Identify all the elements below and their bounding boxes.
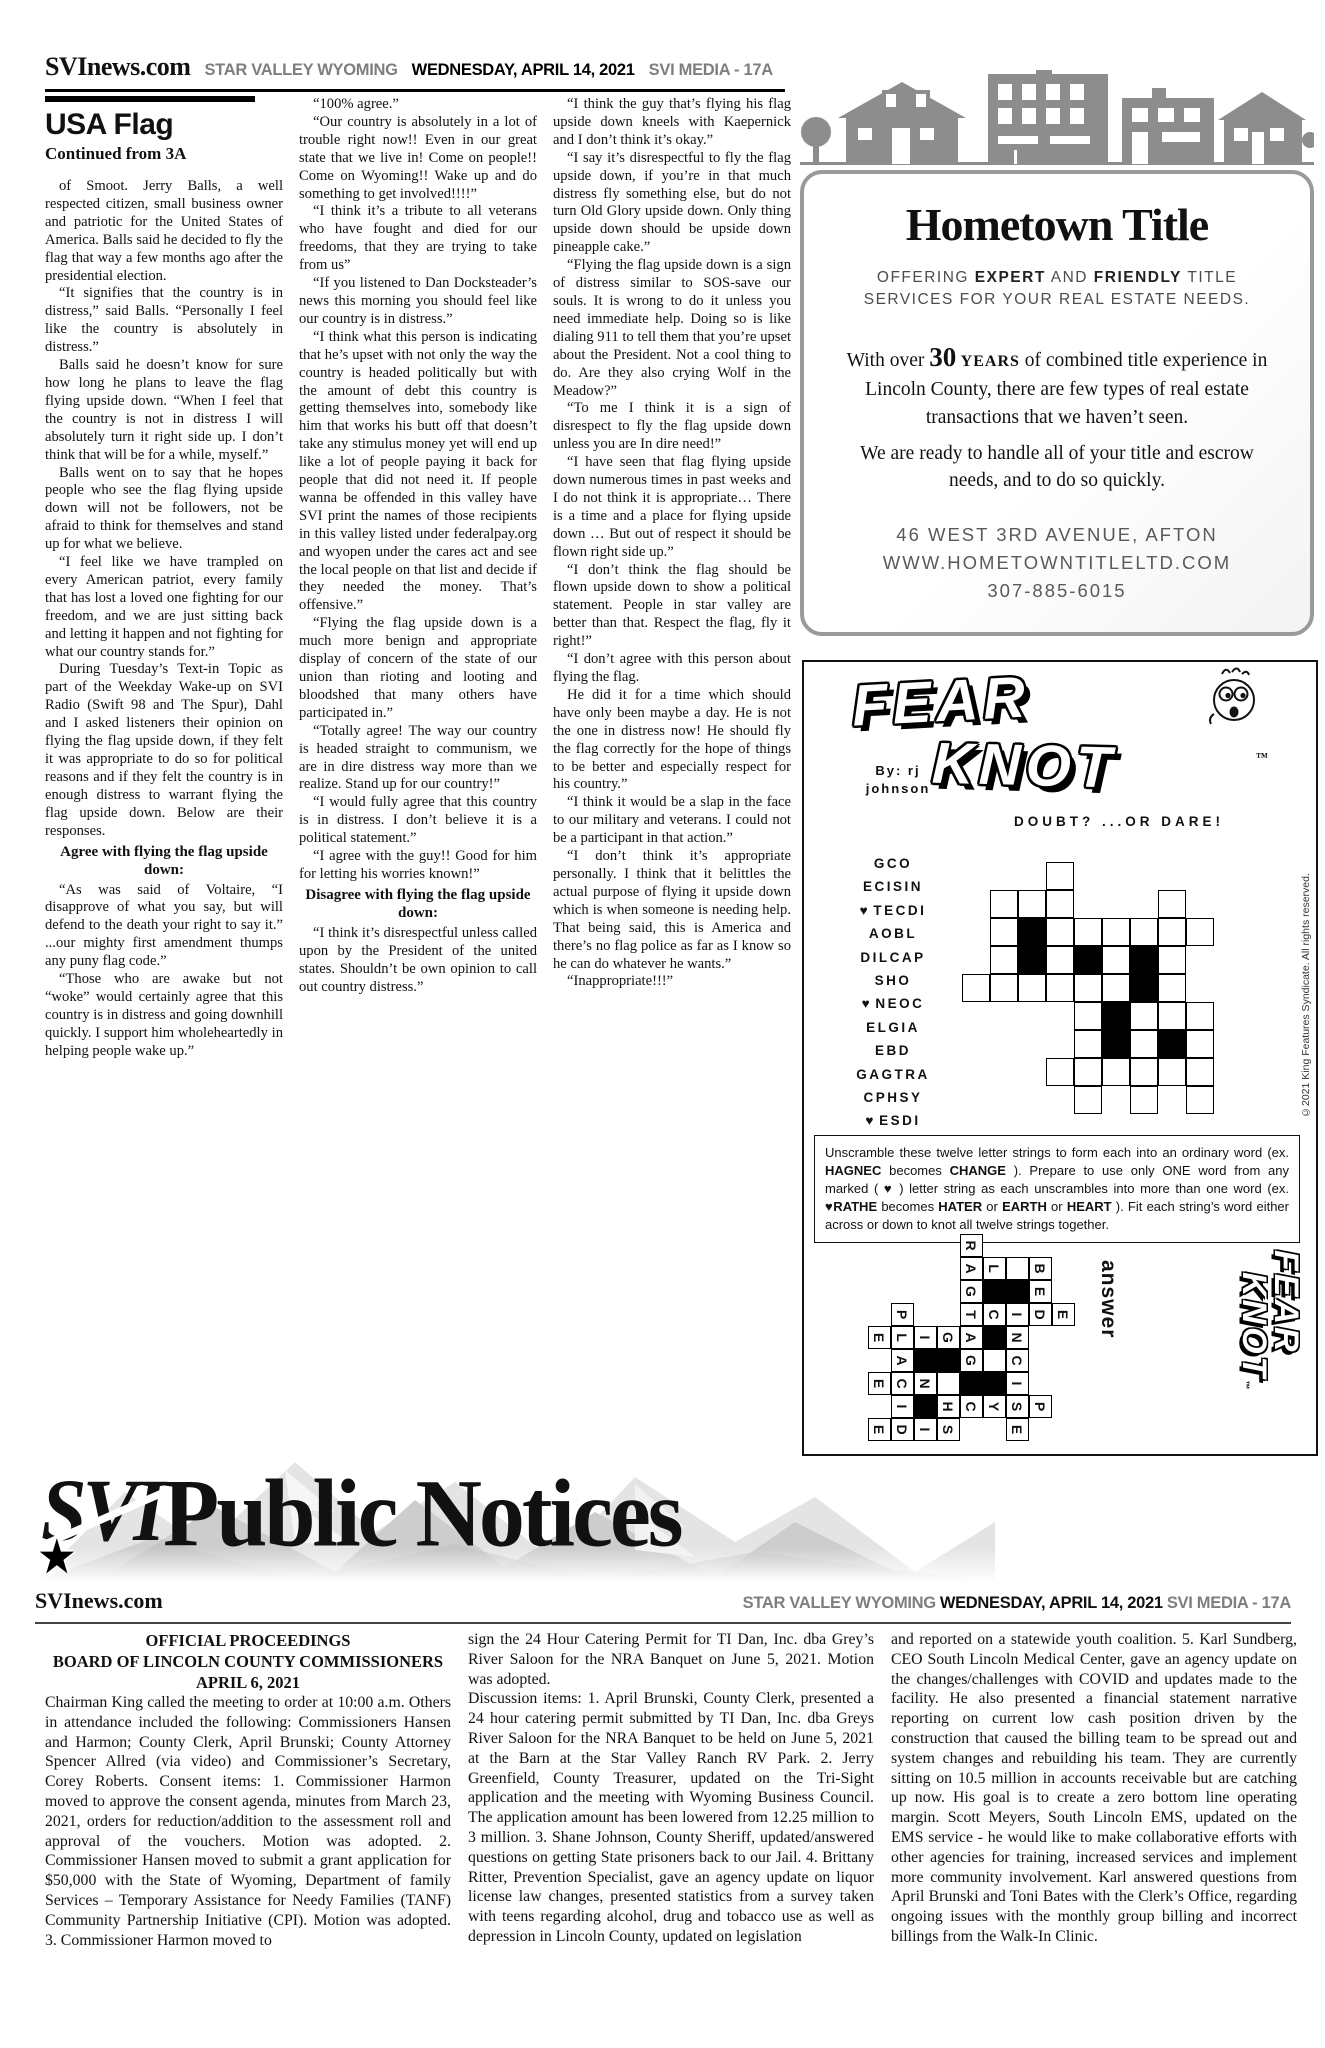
- site-logo-bottom: SVInews.com: [35, 1588, 163, 1614]
- grid-cell: [937, 1303, 960, 1326]
- ad-box: Hometown Title OFFERING EXPERT AND FRIEN…: [800, 170, 1314, 636]
- grid-cell: [1102, 1058, 1130, 1086]
- grid-cell: [1158, 946, 1186, 974]
- article-column-1-text: of Smoot. Jerry Balls, a well respected …: [45, 178, 283, 1061]
- grid-cell: [891, 1257, 914, 1280]
- grid-cell: [1186, 974, 1214, 1002]
- grid-cell: [891, 1280, 914, 1303]
- paragraph: “It signifies that the country is in dis…: [45, 285, 283, 357]
- ad-phone: 307-885-6015: [822, 577, 1292, 605]
- grid-cell: [1018, 1002, 1046, 1030]
- grid-cell: [1102, 1002, 1130, 1030]
- grid-cell: [1130, 918, 1158, 946]
- puzzle-tagline: DOUBT? ...OR DARE!: [1014, 814, 1224, 829]
- grid-cell: Y: [983, 1395, 1006, 1418]
- paragraph: sign the 24 Hour Catering Permit for TI …: [468, 1630, 874, 1689]
- fear-knot-logo-fear: FEAR: [850, 663, 1031, 739]
- scrambled-word: GAGTRA: [830, 1063, 956, 1086]
- paragraph: “Our country is absolutely in a lot of t…: [299, 114, 537, 204]
- grid-cell: [937, 1257, 960, 1280]
- paragraph: “As was said of Voltaire, “I disapprove …: [45, 882, 283, 972]
- grid-cell: S: [937, 1418, 960, 1441]
- grid-cell: [1052, 1280, 1075, 1303]
- grid-cell: [1052, 1257, 1075, 1280]
- article-column-3: “I think the guy that’s flying his flag …: [553, 96, 791, 1061]
- grid-cell: [1186, 1030, 1214, 1058]
- paragraph: “I don’t think it’s appropriate personal…: [553, 848, 791, 973]
- paragraph: “Inappropriate!!!”: [553, 973, 791, 991]
- grid-cell: [914, 1395, 937, 1418]
- grid-cell: [1029, 1234, 1052, 1257]
- grid-cell: [962, 1030, 990, 1058]
- grid-cell: [1158, 890, 1186, 918]
- grid-cell: [1046, 1030, 1074, 1058]
- grid-cell: [962, 1002, 990, 1030]
- scrambled-word: AOBL: [830, 922, 956, 945]
- grid-cell: [983, 1349, 1006, 1372]
- grid-cell: [1102, 1086, 1130, 1114]
- grid-cell: [1018, 1030, 1046, 1058]
- grid-cell: [1046, 890, 1074, 918]
- article-column-1: USA Flag Continued from 3A of Smoot. Jer…: [45, 96, 283, 1061]
- paragraph: Discussion items: 1. April Brunski, Coun…: [468, 1689, 874, 1946]
- grid-cell: [1052, 1372, 1075, 1395]
- grid-cell: [990, 890, 1018, 918]
- continued-from: Continued from 3A: [45, 144, 283, 164]
- grid-cell: [1018, 918, 1046, 946]
- section-heading: Agree with flying the flag upside down:: [45, 843, 283, 880]
- grid-cell: [1046, 918, 1074, 946]
- grid-cell: [868, 1303, 891, 1326]
- grid-cell: C: [891, 1372, 914, 1395]
- grid-cell: [962, 946, 990, 974]
- scrambled-word: ELGIA: [830, 1016, 956, 1039]
- puzzle-copyright: ©2021 King Features Syndicate. All right…: [1300, 858, 1312, 1118]
- grid-cell: N: [1006, 1326, 1029, 1349]
- grid-cell: [1018, 974, 1046, 1002]
- paragraph: He did it for a time which should have o…: [553, 687, 791, 794]
- grid-cell: [960, 1418, 983, 1441]
- ad-tagline: OFFERING EXPERT AND FRIENDLY TITLE SERVI…: [832, 267, 1282, 312]
- grid-cell: [960, 1372, 983, 1395]
- grid-cell: [983, 1326, 1006, 1349]
- grid-cell: [937, 1372, 960, 1395]
- scrambled-word: ECISIN: [830, 875, 956, 898]
- grid-cell: E: [1006, 1418, 1029, 1441]
- fear-knot-logo-knot: KNOT: [931, 730, 1117, 802]
- grid-cell: [1006, 1280, 1029, 1303]
- grid-cell: [990, 862, 1018, 890]
- answer-grid: EBEDPINCISELCYRAGTAGCGHSINIPLACIDEEE: [868, 1234, 1075, 1443]
- ad-body-text: With over 30 YEARS of combined title exp…: [836, 338, 1278, 432]
- grid-cell: P: [1029, 1395, 1052, 1418]
- scrambled-word: GCO: [830, 852, 956, 875]
- grid-cell: [1102, 918, 1130, 946]
- grid-cell: [1158, 1086, 1186, 1114]
- grid-cell: [914, 1303, 937, 1326]
- grid-cell: [990, 974, 1018, 1002]
- grid-cell: [1074, 890, 1102, 918]
- grid-cell: E: [868, 1326, 891, 1349]
- paragraph: “I think it’s a tribute to all veterans …: [299, 203, 537, 275]
- grid-cell: [1074, 1002, 1102, 1030]
- ad-title: Hometown Title: [822, 198, 1292, 251]
- grid-cell: [1158, 918, 1186, 946]
- site-logo: SVInews.com: [45, 52, 190, 82]
- public-notices-title: Public Notices: [163, 1457, 681, 1568]
- section-heading: OFFICIAL PROCEEDINGS: [45, 1630, 451, 1651]
- grid-cell: D: [1029, 1303, 1052, 1326]
- paragraph: Balls said he doesn’t know for sure how …: [45, 357, 283, 464]
- grid-cell: I: [1006, 1303, 1029, 1326]
- grid-cell: [1046, 1086, 1074, 1114]
- paragraph: “Flying the flag upside down is a much m…: [299, 615, 537, 722]
- header-date: WEDNESDAY, APRIL 14, 2021: [412, 61, 635, 80]
- section-heading: BOARD OF LINCOLN COUNTY COMMISSIONERS: [45, 1651, 451, 1672]
- usa-flag-article: USA Flag Continued from 3A of Smoot. Jer…: [45, 96, 793, 1061]
- paragraph: “I think the guy that’s flying his flag …: [553, 96, 791, 150]
- grid-cell: [1186, 1058, 1214, 1086]
- houses-illustration: [800, 70, 1314, 168]
- grid-cell: [1074, 1058, 1102, 1086]
- scrambled-word: ♥ ESDI: [830, 1109, 956, 1132]
- paragraph: “I don’t think the flag should be flown …: [553, 562, 791, 652]
- grid-cell: [914, 1280, 937, 1303]
- grid-cell: [1046, 1058, 1074, 1086]
- grid-cell: C: [983, 1303, 1006, 1326]
- paragraph: “Flying the flag upside down is a sign o…: [553, 257, 791, 400]
- grid-cell: [1158, 862, 1186, 890]
- grid-cell: [983, 1234, 1006, 1257]
- grid-cell: R: [960, 1234, 983, 1257]
- paragraph: “I think what this person is indicating …: [299, 329, 537, 616]
- notices-media-page: SVI MEDIA - 17A: [1167, 1594, 1291, 1612]
- grid-cell: [962, 918, 990, 946]
- grid-cell: [962, 1086, 990, 1114]
- article-title: USA Flag: [45, 108, 283, 142]
- star-icon: ★: [39, 1532, 71, 1582]
- section-heading: APRIL 6, 2021: [45, 1672, 451, 1693]
- scrambled-word: CPHSY: [830, 1086, 956, 1109]
- grid-cell: [1130, 1058, 1158, 1086]
- paragraph: Balls went on to say that he hopes peopl…: [45, 465, 283, 555]
- scrambled-word: SHO: [830, 969, 956, 992]
- grid-cell: [1046, 974, 1074, 1002]
- grid-cell: T: [960, 1303, 983, 1326]
- grid-cell: [868, 1395, 891, 1418]
- grid-cell: [1158, 1058, 1186, 1086]
- grid-cell: [1074, 974, 1102, 1002]
- puzzle-answer-zone: EBEDPINCISELCYRAGTAGCGHSINIPLACIDEEE ans…: [804, 1232, 1312, 1450]
- header-location: STAR VALLEY WYOMING: [204, 61, 397, 80]
- grid-cell: [1074, 946, 1102, 974]
- grid-cell: [1158, 1030, 1186, 1058]
- paragraph: “Totally agree! The way our country is h…: [299, 723, 537, 795]
- grid-cell: [1018, 1058, 1046, 1086]
- notices-header-bar: SVInews.com STAR VALLEY WYOMING WEDNESDA…: [35, 1588, 1291, 1624]
- grid-cell: [868, 1349, 891, 1372]
- notices-location: STAR VALLEY WYOMING: [743, 1594, 936, 1612]
- grid-cell: [1018, 1086, 1046, 1114]
- grid-cell: [1029, 1349, 1052, 1372]
- grid-cell: [1186, 1002, 1214, 1030]
- grid-cell: [983, 1372, 1006, 1395]
- paragraph: “I would fully agree that this country i…: [299, 794, 537, 848]
- ad-body-text-2: We are ready to handle all of your title…: [836, 440, 1278, 495]
- grid-cell: [1006, 1257, 1029, 1280]
- grid-cell: E: [1029, 1280, 1052, 1303]
- heart-icon: ♥: [862, 996, 876, 1011]
- scrambled-word: ♥ NEOC: [830, 992, 956, 1015]
- grid-cell: [990, 1002, 1018, 1030]
- paragraph: “I don’t agree with this person about fl…: [553, 651, 791, 687]
- grid-cell: [1052, 1326, 1075, 1349]
- grid-cell: [937, 1280, 960, 1303]
- answer-grid-rotated: EBEDPINCISELCYRAGTAGCGHSINIPLACIDEEE: [866, 1234, 1075, 1443]
- notices-column-3: and reported on a statewide youth coalit…: [891, 1630, 1297, 1950]
- scrambled-word: ♥ TECDI: [830, 899, 956, 922]
- grid-cell: L: [983, 1257, 1006, 1280]
- grid-cell: E: [868, 1418, 891, 1441]
- grid-cell: [1074, 918, 1102, 946]
- grid-cell: G: [960, 1349, 983, 1372]
- paragraph: “I think it would be a slap in the face …: [553, 794, 791, 848]
- grid-cell: H: [937, 1395, 960, 1418]
- newspaper-page: SVInews.com STAR VALLEY WYOMING WEDNESDA…: [0, 0, 1325, 2048]
- ad-address: 46 WEST 3RD AVENUE, AFTON WWW.HOMETOWNTI…: [822, 521, 1292, 604]
- fear-knot-puzzle: FEAR KNOT ™ By: rj johnson DOUBT? ...OR …: [802, 660, 1318, 1456]
- grid-cell: G: [937, 1326, 960, 1349]
- paragraph: “I think it’s disrespectful unless calle…: [299, 925, 537, 997]
- grid-cell: [1102, 890, 1130, 918]
- grid-cell: [1130, 974, 1158, 1002]
- paragraph: “To me I think it is a sign of disrespec…: [553, 400, 791, 454]
- grid-cell: [868, 1234, 891, 1257]
- paragraph: and reported on a statewide youth coalit…: [891, 1630, 1297, 1947]
- grid-cell: [1052, 1418, 1075, 1441]
- grid-cell: E: [1052, 1303, 1075, 1326]
- grid-cell: [1158, 974, 1186, 1002]
- grid-cell: [1186, 918, 1214, 946]
- grid-cell: A: [960, 1326, 983, 1349]
- grid-cell: [1130, 862, 1158, 890]
- grid-cell: C: [960, 1395, 983, 1418]
- paragraph: “100% agree.”: [299, 96, 537, 114]
- grid-cell: [962, 862, 990, 890]
- ad-website: WWW.HOMETOWNTITLELTD.COM: [822, 549, 1292, 577]
- grid-cell: [1029, 1418, 1052, 1441]
- grid-cell: E: [868, 1372, 891, 1395]
- svi-logo: SVI ★: [41, 1460, 161, 1562]
- grid-cell: [990, 918, 1018, 946]
- grid-cell: [1018, 946, 1046, 974]
- answer-mini-logo: FEARKNOT™: [1122, 1250, 1302, 1430]
- grid-cell: C: [1006, 1349, 1029, 1372]
- public-notices-banner: SVI ★ Public Notices: [35, 1452, 1291, 1582]
- grid-cell: [1018, 862, 1046, 890]
- grid-cell: [1130, 1030, 1158, 1058]
- grid-cell: [1186, 1086, 1214, 1114]
- grid-cell: [990, 1058, 1018, 1086]
- grid-cell: [1029, 1326, 1052, 1349]
- grid-cell: [1074, 1030, 1102, 1058]
- grid-cell: [983, 1280, 1006, 1303]
- grid-cell: I: [914, 1326, 937, 1349]
- paragraph: “I feel like we have trampled on every A…: [45, 554, 283, 661]
- header-media-page: SVI MEDIA - 17A: [649, 61, 773, 80]
- grid-cell: N: [914, 1372, 937, 1395]
- grid-cell: [1130, 1086, 1158, 1114]
- grid-cell: [891, 1234, 914, 1257]
- grid-cell: L: [891, 1326, 914, 1349]
- grid-cell: A: [891, 1349, 914, 1372]
- heart-icon: ♥: [865, 1113, 879, 1128]
- puzzle-grid: [962, 862, 1214, 1114]
- grid-cell: [1102, 946, 1130, 974]
- grid-cell: [937, 1234, 960, 1257]
- grid-cell: [1006, 1234, 1029, 1257]
- grid-cell: [1052, 1349, 1075, 1372]
- grid-cell: I: [891, 1395, 914, 1418]
- grid-cell: [1029, 1372, 1052, 1395]
- paragraph: “Those who are awake but not “woke” woul…: [45, 971, 283, 1061]
- scrambled-word: EBD: [830, 1039, 956, 1062]
- grid-cell: [990, 946, 1018, 974]
- paragraph: Chairman King called the meeting to orde…: [45, 1693, 451, 1950]
- grid-cell: [1186, 946, 1214, 974]
- paragraph: “If you listened to Dan Docksteader’s ne…: [299, 275, 537, 329]
- grid-cell: P: [891, 1303, 914, 1326]
- grid-cell: A: [960, 1257, 983, 1280]
- grid-cell: S: [1006, 1395, 1029, 1418]
- page-header: SVInews.com STAR VALLEY WYOMING WEDNESDA…: [45, 52, 785, 92]
- grid-cell: [1052, 1395, 1075, 1418]
- grid-cell: [1046, 1002, 1074, 1030]
- paragraph: “I have seen that flag flying upside dow…: [553, 454, 791, 561]
- paragraph: of Smoot. Jerry Balls, a well respected …: [45, 178, 283, 285]
- grid-cell: G: [960, 1280, 983, 1303]
- answer-label: answer: [1096, 1260, 1120, 1338]
- trademark-symbol: ™: [1256, 750, 1268, 765]
- grid-cell: [1046, 946, 1074, 974]
- grid-cell: [1130, 1002, 1158, 1030]
- grid-cell: [1130, 890, 1158, 918]
- scrambled-word-list: GCOECISIN♥ TECDIAOBLDILCAPSHO♥ NEOCELGIA…: [830, 852, 956, 1133]
- hometown-title-ad: Hometown Title OFFERING EXPERT AND FRIEN…: [800, 70, 1314, 636]
- article-column-3-text: “I think the guy that’s flying his flag …: [553, 96, 791, 991]
- ad-street: 46 WEST 3RD AVENUE, AFTON: [822, 521, 1292, 549]
- title-rule: [45, 96, 255, 102]
- notices-column-2: sign the 24 Hour Catering Permit for TI …: [468, 1630, 874, 1950]
- grid-cell: [1052, 1234, 1075, 1257]
- grid-cell: [1074, 1086, 1102, 1114]
- grid-cell: [914, 1349, 937, 1372]
- grid-cell: [990, 1086, 1018, 1114]
- grid-cell: [962, 974, 990, 1002]
- article-column-2: “100% agree.”“Our country is absolutely …: [299, 96, 537, 1061]
- notices-header-right: STAR VALLEY WYOMING WEDNESDAY, APRIL 14,…: [743, 1594, 1291, 1613]
- grid-cell: [962, 1058, 990, 1086]
- grid-cell: D: [891, 1418, 914, 1441]
- article-title-block: USA Flag Continued from 3A: [45, 96, 283, 164]
- grid-cell: B: [1029, 1257, 1052, 1280]
- grid-cell: [937, 1349, 960, 1372]
- paragraph: During Tuesday’s Text-in Topic as part o…: [45, 661, 283, 840]
- grid-cell: [1102, 1030, 1130, 1058]
- grid-cell: [914, 1234, 937, 1257]
- grid-cell: [1046, 862, 1074, 890]
- grid-cell: [1186, 862, 1214, 890]
- grid-cell: [868, 1257, 891, 1280]
- grid-cell: [1074, 862, 1102, 890]
- puzzle-instructions: Unscramble these twelve letter strings t…: [814, 1135, 1300, 1243]
- section-heading: Disagree with flying the flag upside dow…: [299, 886, 537, 923]
- grid-cell: [962, 890, 990, 918]
- grid-cell: [914, 1257, 937, 1280]
- grid-cell: [1102, 862, 1130, 890]
- grid-cell: [983, 1418, 1006, 1441]
- paragraph: “I agree with the guy!! Good for him for…: [299, 848, 537, 884]
- heart-icon: ♥: [860, 903, 874, 918]
- grid-cell: [1186, 890, 1214, 918]
- notices-column-1: OFFICIAL PROCEEDINGSBOARD OF LINCOLN COU…: [45, 1630, 451, 1950]
- grid-cell: [1018, 890, 1046, 918]
- grid-cell: [1158, 1002, 1186, 1030]
- paragraph: “I say it’s disrespectful to fly the fla…: [553, 150, 791, 257]
- grid-cell: [990, 1030, 1018, 1058]
- grid-cell: I: [1006, 1372, 1029, 1395]
- puzzle-byline: By: rj johnson: [856, 762, 940, 798]
- public-notices-text: OFFICIAL PROCEEDINGSBOARD OF LINCOLN COU…: [45, 1630, 1297, 1950]
- grid-cell: [1130, 946, 1158, 974]
- grid-cell: I: [914, 1418, 937, 1441]
- article-column-2-text: “100% agree.”“Our country is absolutely …: [299, 96, 537, 997]
- grid-cell: [868, 1280, 891, 1303]
- notices-date: WEDNESDAY, APRIL 14, 2021: [940, 1594, 1163, 1612]
- scrambled-word: DILCAP: [830, 946, 956, 969]
- cartoon-face-icon: [1192, 662, 1272, 740]
- grid-cell: [1102, 974, 1130, 1002]
